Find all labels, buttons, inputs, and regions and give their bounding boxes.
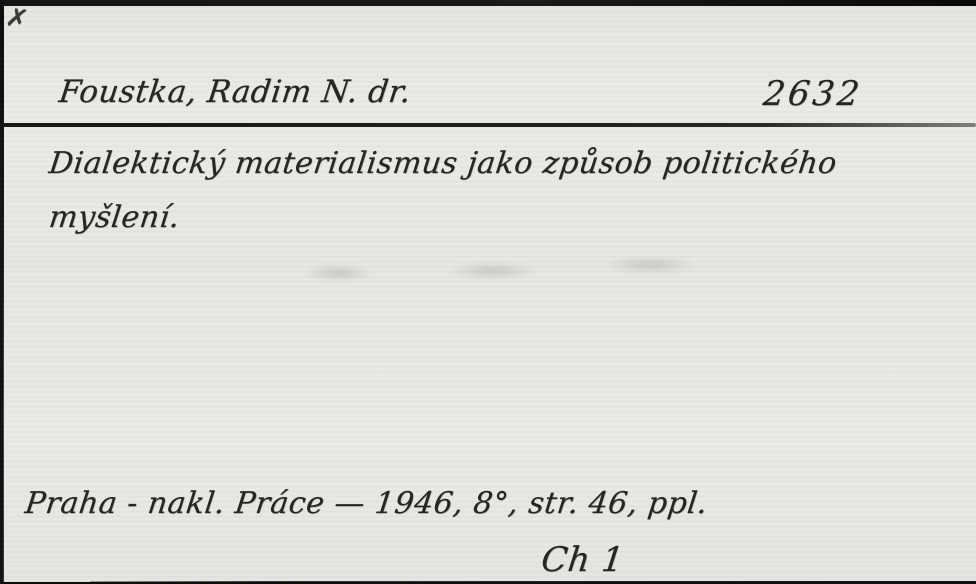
imprint-line: Praha - nakl. Práce — 1946, 8°, str. 46,…: [23, 486, 710, 521]
ink-bleed-smudge: [603, 256, 698, 274]
scan-top-edge: [0, 0, 976, 6]
footer-notation: Ch 1: [539, 540, 626, 580]
index-card-paper: Foustka, Radim N. dr. 2632 Dialektický m…: [3, 6, 976, 582]
ink-bleed-smudge: [303, 264, 373, 282]
scan-left-edge: [0, 0, 4, 584]
heading-separator-rule: [3, 123, 976, 127]
ink-bleed-smudge: [448, 262, 538, 280]
title-line-1: Dialektický materialismus jako způsob po…: [47, 146, 839, 181]
scanned-catalog-card: Foustka, Radim N. dr. 2632 Dialektický m…: [0, 0, 976, 584]
catalog-number: 2632: [761, 74, 864, 114]
title-line-2: myšlení.: [47, 200, 182, 235]
author-heading: Foustka, Radim N. dr.: [57, 74, 413, 110]
